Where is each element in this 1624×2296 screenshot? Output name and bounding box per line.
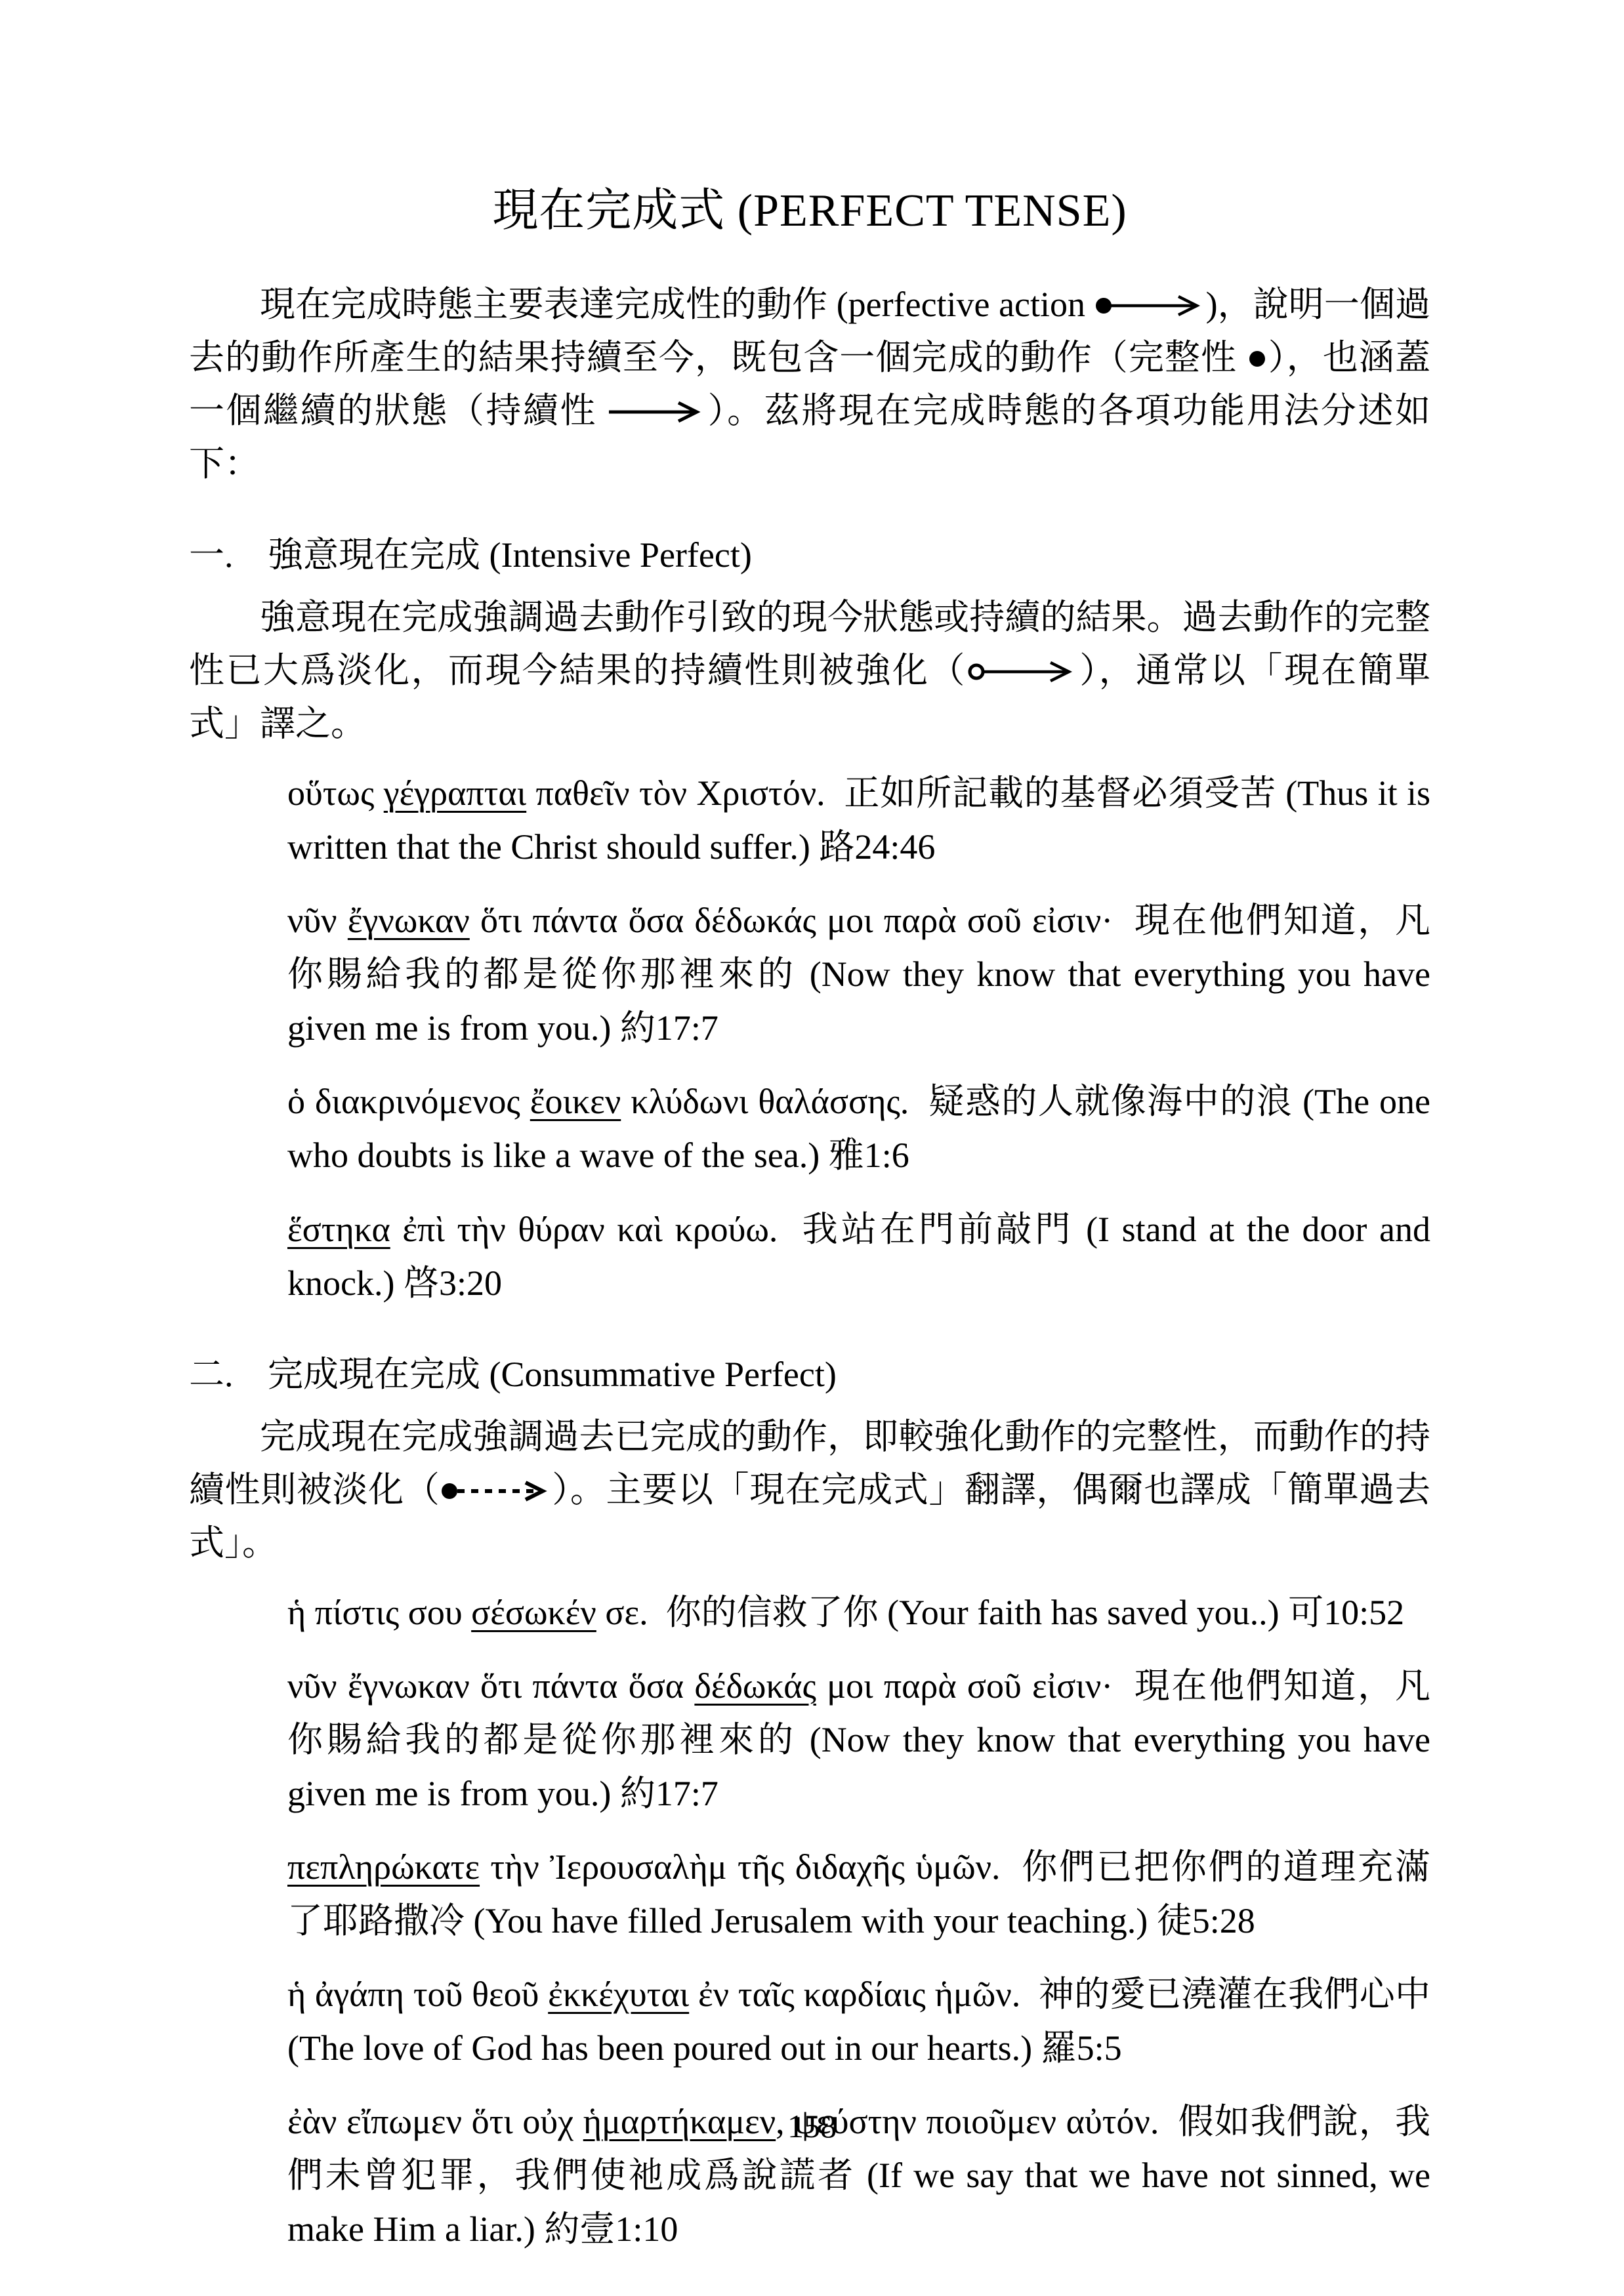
section-intensive-perfect: 一.強意現在完成 (Intensive Perfect) 強意現在完成強調過去動… (189, 529, 1430, 1310)
section-number: 二. (189, 1348, 268, 1401)
page-number: 158 (0, 2107, 1624, 2145)
section-heading-text: 完成現在完成 (Consummative Perfect) (268, 1355, 837, 1394)
example-verse: οὕτως γέγραπται παθεῖν τὸν Χριστόν. 正如所記… (287, 766, 1430, 874)
perfect-verb-underlined: δέδωκάς (694, 1666, 816, 1706)
example-verse: ὁ διακρινόμενος ἔοικεν κλύδωνι θαλάσσης.… (287, 1075, 1430, 1182)
greek-pre: ἡ ἀγάπη τοῦ θεοῦ (287, 1975, 548, 2014)
perfect-verb-underlined: ἔγνωκαν (348, 901, 470, 940)
section-heading: 二.完成現在完成 (Consummative Perfect) (189, 1348, 1430, 1401)
section-number: 一. (189, 529, 268, 582)
example-verse: ἡ πίστις σου σέσωκέν σε. 你的信救了你 (Your fa… (287, 1586, 1430, 1639)
example-verse: νῦν ἔγνωκαν ὅτι πάντα ὅσα δέδωκάς μοι πα… (287, 893, 1430, 1055)
greek-pre: νῦν (287, 901, 348, 940)
intro-paragraph: 現在完成時態主要表達完成性的動作 (perfective action )，說明… (189, 278, 1430, 491)
dot-solid-arrow-icon (1094, 291, 1206, 320)
greek-pre: νῦν ἔγνωκαν ὅτι πάντα ὅσα (287, 1666, 694, 1706)
section-body: 完成現在完成強調過去已完成的動作，即較強化動作的完整性，而動作的持續性則被淡化（… (189, 1410, 1430, 1570)
example-verse: ἡ ἀγάπη τοῦ θεοῦ ἐκκέχυται ἐν ταῖς καρδί… (287, 1967, 1430, 2075)
example-verse: ἕστηκα ἐπὶ τὴν θύραν καὶ κρούω. 我站在門前敲門 … (287, 1202, 1430, 1310)
intro-text-1: 現在完成時態主要表達完成性的動作 (perfective action (260, 285, 1094, 324)
circle-solid-arrow-icon (967, 657, 1078, 686)
verse-rest: ἐπὶ τὴν θύραν καὶ κρούω. 我站在門前敲門 (I stan… (287, 1210, 1440, 1303)
dot-dashed-arrow-icon (440, 1477, 552, 1506)
perfect-verb-underlined: ἔοικεν (530, 1082, 621, 1121)
perfect-verb-underlined: σέσωκέν (471, 1593, 596, 1632)
verse-rest: σε. 你的信救了你 (Your faith has saved you..) … (596, 1593, 1404, 1632)
perfect-verb-underlined: πεπληρώκατε (287, 1847, 480, 1887)
perfect-verb-underlined: γέγραπται (384, 773, 526, 813)
section-heading: 一.強意現在完成 (Intensive Perfect) (189, 529, 1430, 582)
document-page: 現在完成式 (PERFECT TENSE) 現在完成時態主要表達完成性的動作 (… (0, 0, 1624, 2296)
greek-pre: ὁ διακρινόμενος (287, 1082, 530, 1121)
page-title: 現在完成式 (PERFECT TENSE) (189, 184, 1430, 239)
perfect-verb-underlined: ἕστηκα (287, 1210, 390, 1249)
section-body: 強意現在完成強調過去動作引致的現今狀態或持續的結果。過去動作的完整性已大爲淡化，… (189, 591, 1430, 750)
example-verse: νῦν ἔγνωκαν ὅτι πάντα ὅσα δέδωκάς μοι πα… (287, 1659, 1430, 1820)
greek-pre: ἡ πίστις σου (287, 1593, 471, 1632)
section-heading-text: 強意現在完成 (Intensive Perfect) (268, 535, 752, 575)
perfect-verb-underlined: ἐκκέχυται (548, 1975, 689, 2014)
solid-arrow-icon (608, 398, 706, 426)
greek-pre: οὕτως (287, 773, 384, 813)
dot-icon (1247, 344, 1268, 373)
example-verse: πεπληρώκατε τὴν Ἰερουσαλὴμ τῆς διδαχῆς ὑ… (287, 1840, 1430, 1948)
